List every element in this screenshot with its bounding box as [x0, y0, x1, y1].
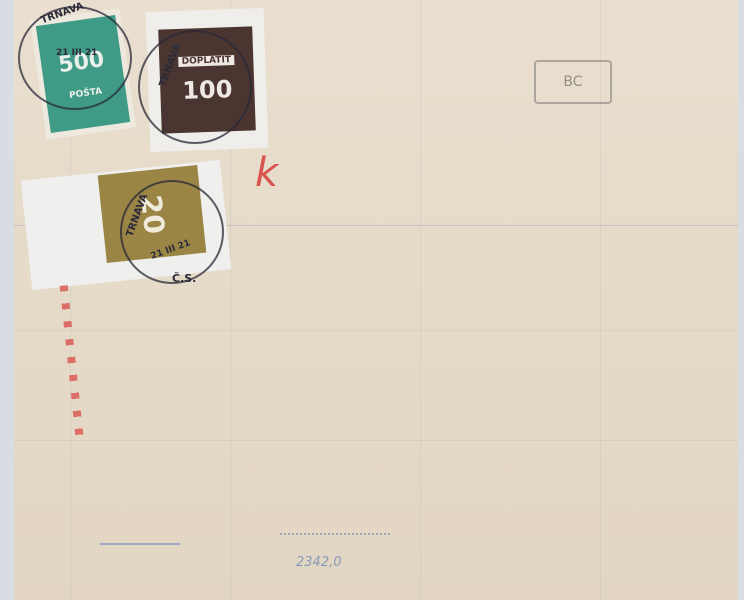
pencil-line	[280, 533, 390, 537]
handstamp-text: BC	[563, 74, 582, 90]
postmark	[138, 30, 252, 144]
postmark-date: 21 III 21	[56, 48, 97, 58]
postmark-country: Č.S.	[172, 272, 196, 285]
grid-line	[420, 0, 421, 600]
pencil-line	[100, 543, 180, 545]
postmark	[18, 6, 132, 110]
grid-line	[14, 330, 738, 331]
pencil-total: 2342,0	[296, 555, 342, 570]
red-check-mark: k	[255, 150, 278, 196]
grid-line	[14, 440, 738, 441]
handstamp-box: BC	[534, 60, 612, 104]
